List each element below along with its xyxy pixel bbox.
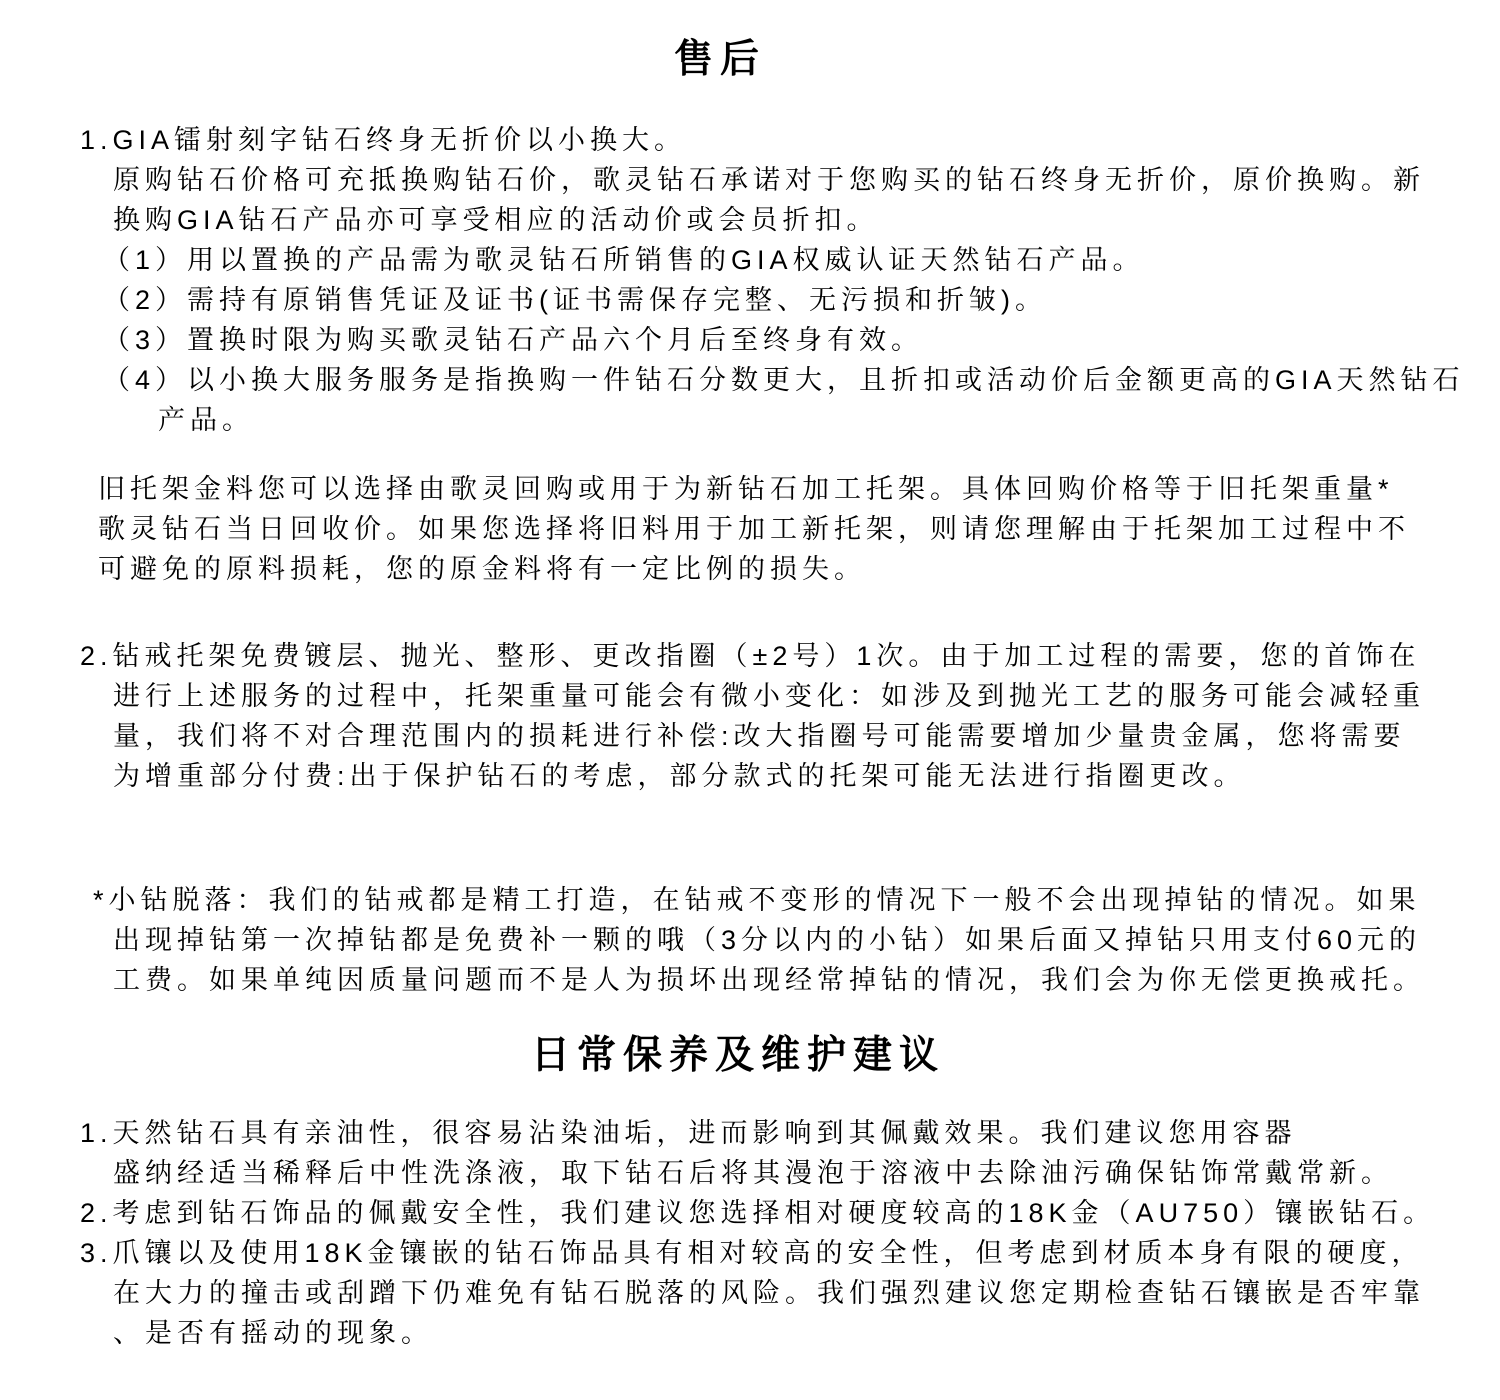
buyback-paragraph: 旧托架金料您可以选择由歌灵回购或用于为新钻石加工托架。具体回购价格等于旧托架重量… (0, 469, 1500, 589)
policy-item-ring-service: 2.钻戒托架免费镀层、抛光、整形、更改指圈（±2号）1次。由于加工过程的需要，您… (0, 636, 1500, 796)
diamond-loss-note: *小钻脱落：我们的钻戒都是精工打造，在钻戒不变形的情况下一般不会出现掉钻的情况。… (0, 880, 1500, 1000)
policy-item-exchange: 1.GIA镭射刻字钻石终身无折价以小换大。 原购钻石价格可充抵换购钻石价，歌灵钻… (0, 120, 1500, 440)
note-line: 出现掉钻第一次掉钻都是免费补一颗的哦（3分以内的小钻）如果后面又掉钻只用支付60… (0, 920, 1500, 960)
maintenance-line: 盛纳经适当稀释后中性洗涤液，取下钻石后将其漫泡于溶液中去除油污确保钻饰常戴常新。 (0, 1153, 1500, 1193)
maintenance-line: 2.考虑到钻石饰品的佩戴安全性，我们建议您选择相对硬度较高的18K金（AU750… (0, 1193, 1500, 1233)
maintenance-line: 1.天然钻石具有亲油性，很容易沾染油垢，进而影响到其佩戴效果。我们建议您用容器 (0, 1113, 1500, 1153)
maintenance-line: 在大力的撞击或刮蹭下仍难免有钻石脱落的风险。我们强烈建议您定期检查钻石镶嵌是否牢… (0, 1273, 1500, 1313)
policy-line: 进行上述服务的过程中，托架重量可能会有微小变化：如涉及到抛光工艺的服务可能会减轻… (0, 676, 1500, 716)
note-line: 工费。如果单纯因质量问题而不是人为损坏出现经常掉钻的情况，我们会为你无偿更换戒托… (0, 960, 1500, 1000)
policy-line: 量，我们将不对合理范围内的损耗进行补偿:改大指圈号可能需要增加少量贵金属，您将需… (0, 716, 1500, 756)
policy-sub-line: （3）置换时限为购买歌灵钻石产品六个月后至终身有效。 (0, 320, 1500, 360)
policy-sub-line: （2）需持有原销售凭证及证书(证书需保存完整、无污损和折皱)。 (0, 280, 1500, 320)
policy-sub-line: 产品。 (0, 400, 1500, 440)
aftersales-title: 售后 (0, 0, 1440, 84)
maintenance-line: 、是否有摇动的现象。 (0, 1313, 1500, 1353)
paragraph-line: 可避免的原料损耗，您的原金料将有一定比例的损失。 (0, 549, 1500, 589)
policy-line: 为增重部分付费:出于保护钻石的考虑，部分款式的托架可能无法进行指圈更改。 (0, 756, 1500, 796)
policy-line: 原购钻石价格可充抵换购钻石价，歌灵钻石承诺对于您购买的钻石终身无折价，原价换购。… (0, 160, 1500, 200)
policy-line: 2.钻戒托架免费镀层、抛光、整形、更改指圈（±2号）1次。由于加工过程的需要，您… (0, 636, 1500, 676)
policy-sub-line: （1）用以置换的产品需为歌灵钻石所销售的GIA权威认证天然钻石产品。 (0, 240, 1500, 280)
policy-line: 换购GIA钻石产品亦可享受相应的活动价或会员折扣。 (0, 200, 1500, 240)
aftersales-policy-document: 售后 1.GIA镭射刻字钻石终身无折价以小换大。 原购钻石价格可充抵换购钻石价，… (0, 0, 1500, 1400)
note-line: *小钻脱落：我们的钻戒都是精工打造，在钻戒不变形的情况下一般不会出现掉钻的情况。… (0, 880, 1500, 920)
paragraph-line: 旧托架金料您可以选择由歌灵回购或用于为新钻石加工托架。具体回购价格等于旧托架重量… (0, 469, 1500, 509)
policy-sub-line: （4）以小换大服务服务是指换购一件钻石分数更大，且折扣或活动价后金额更高的GIA… (0, 360, 1500, 400)
maintenance-list: 1.天然钻石具有亲油性，很容易沾染油垢，进而影响到其佩戴效果。我们建议您用容器 … (0, 1113, 1500, 1353)
policy-line: 1.GIA镭射刻字钻石终身无折价以小换大。 (0, 120, 1500, 160)
maintenance-title: 日常保养及维护建议 (0, 1032, 1476, 1080)
paragraph-line: 歌灵钻石当日回收价。如果您选择将旧料用于加工新托架，则请您理解由于托架加工过程中… (0, 509, 1500, 549)
maintenance-line: 3.爪镶以及使用18K金镶嵌的钻石饰品具有相对较高的安全性，但考虑到材质本身有限… (0, 1233, 1500, 1273)
